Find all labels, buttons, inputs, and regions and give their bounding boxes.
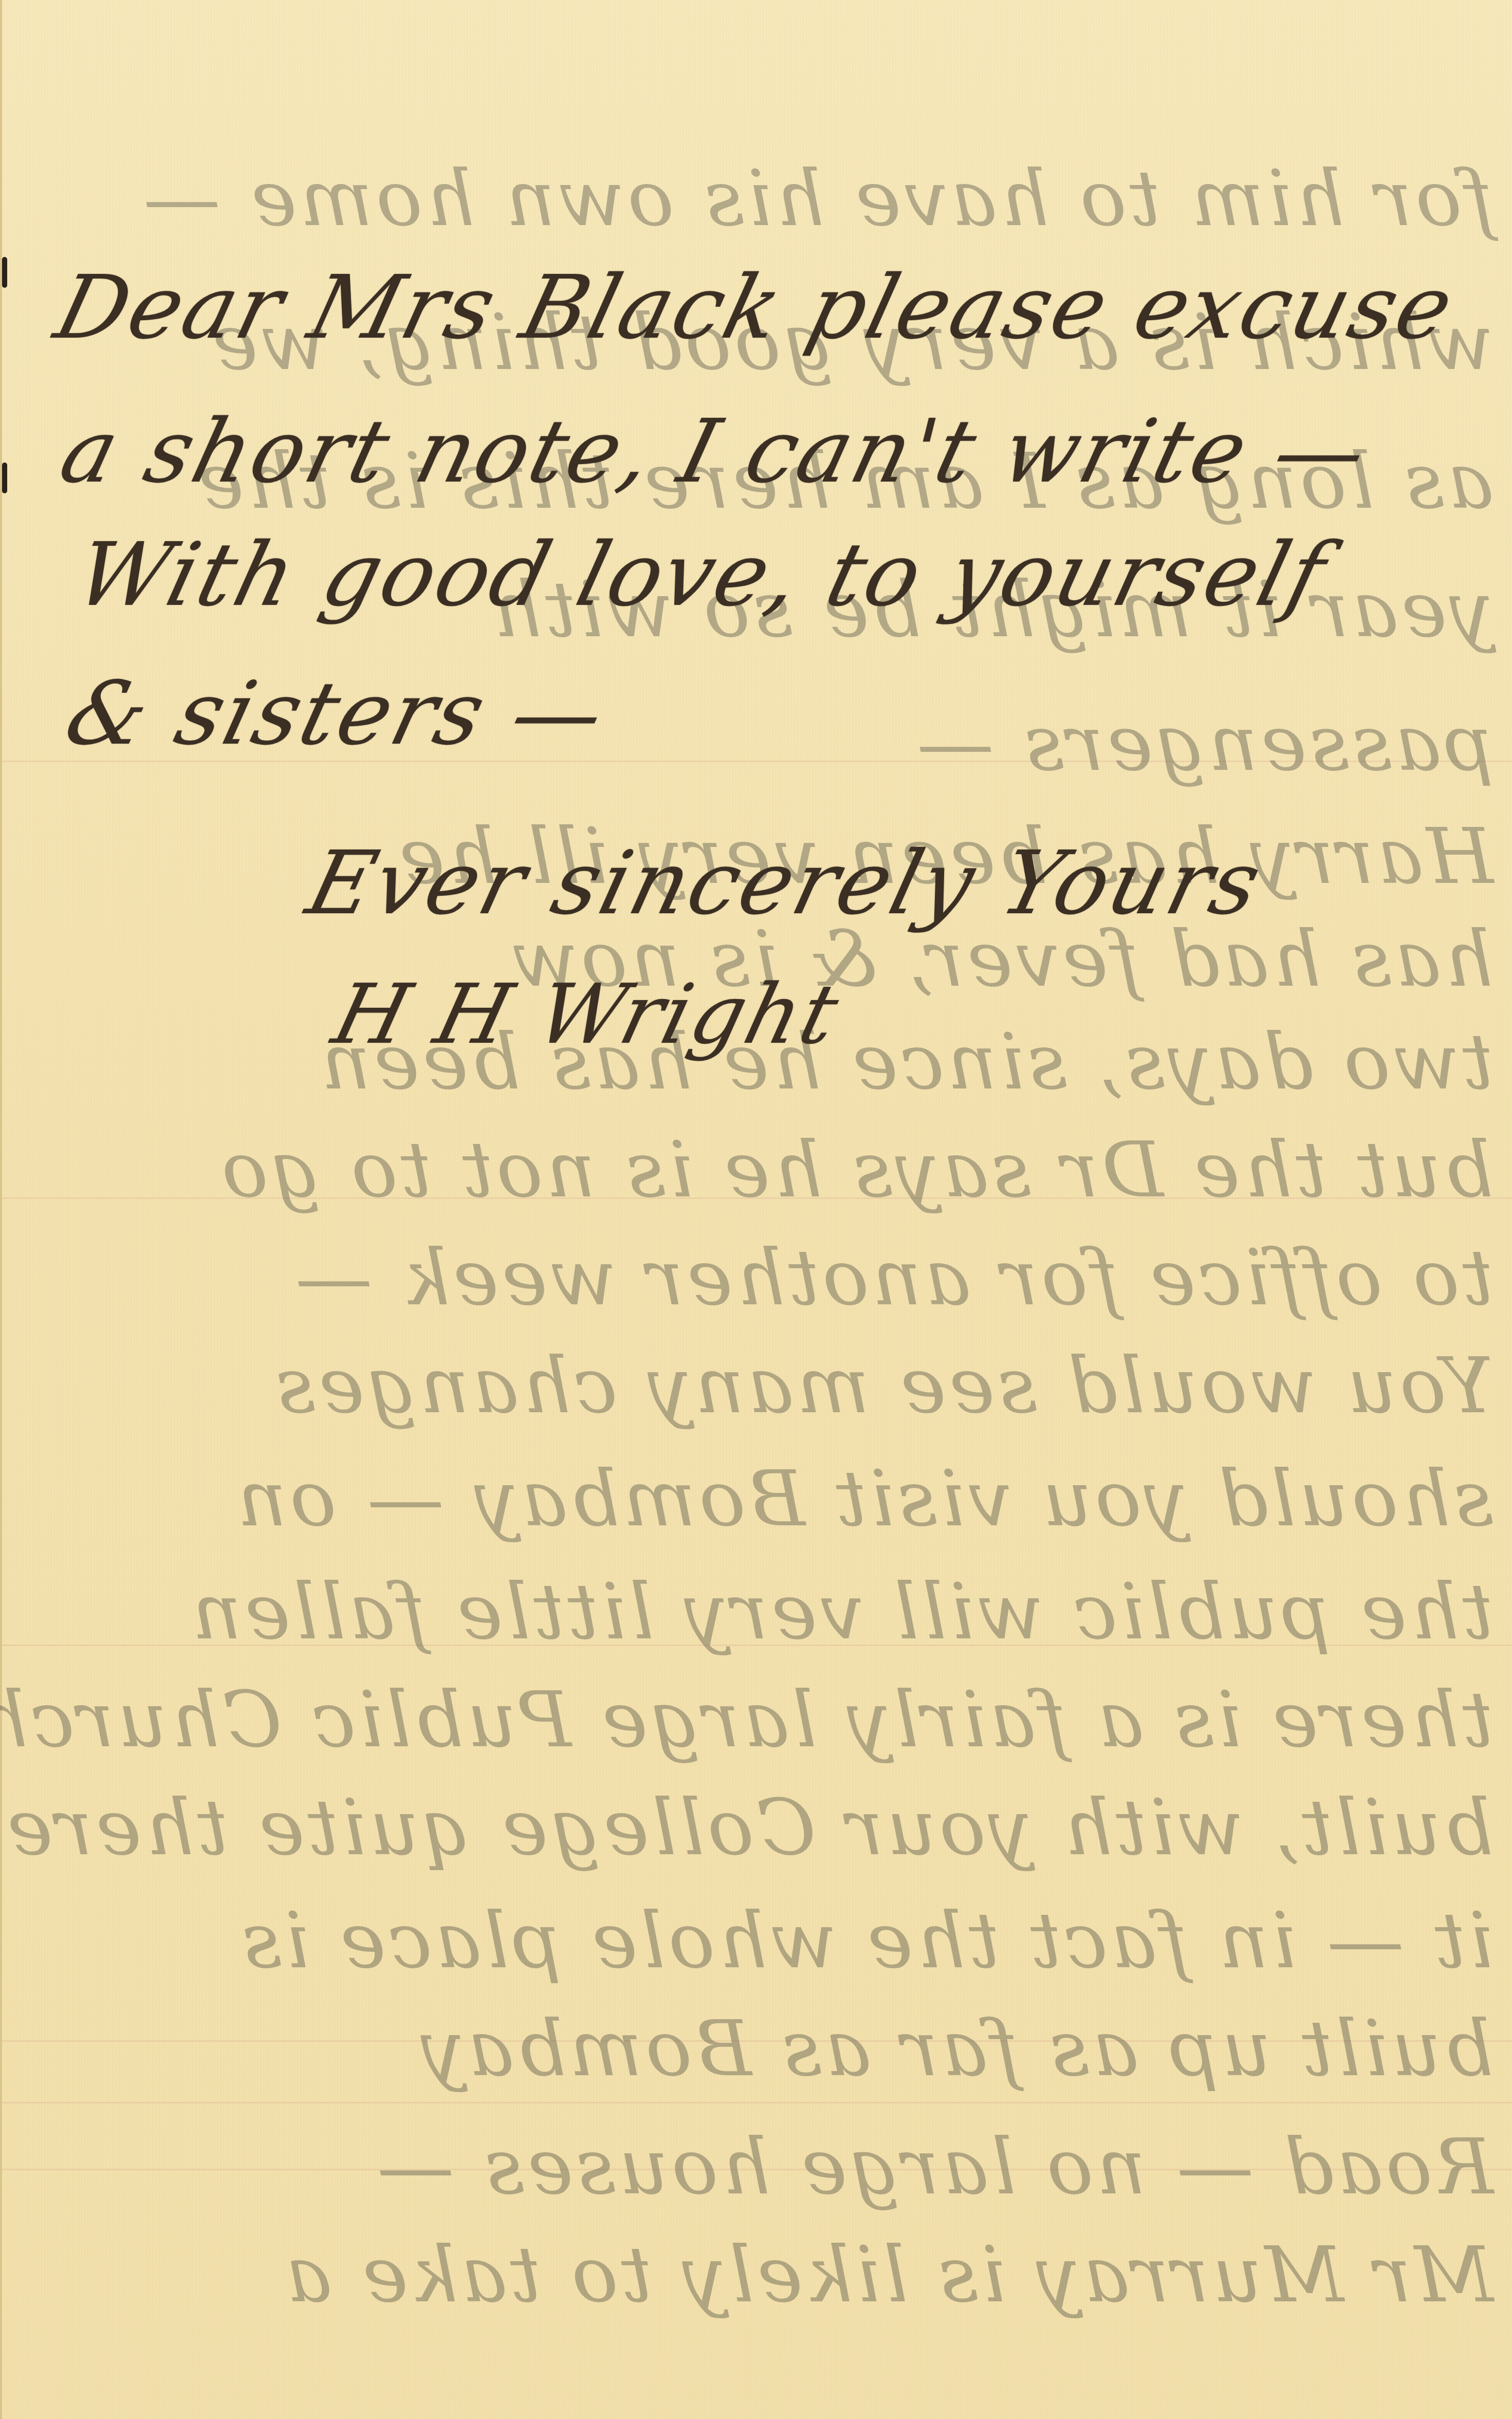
bleed-through-line: to office for another week — <box>33 1233 1493 1323</box>
bleed-through-line: the public will very little fallen <box>33 1567 1493 1657</box>
bleed-through-line: should you visit Bombay — on <box>33 1454 1493 1544</box>
bleed-through-line: but the Dr says he is not to go <box>33 1125 1493 1215</box>
letter-closing: Ever sincerely Yours <box>298 833 1272 934</box>
letter-page: for him to have his own home — which is … <box>0 0 1512 2419</box>
bleed-through-line: built, with your College quite there <box>33 1783 1493 1873</box>
bleed-through-line: Road — no large houses — <box>33 2122 1493 2212</box>
ruled-line <box>2 2102 1512 2103</box>
letter-line: a short note, I can't write — <box>51 401 1378 503</box>
binding-mark <box>2 257 7 288</box>
bleed-through-line: built up as far as Bombay <box>33 2004 1493 2094</box>
signature: H H Wright <box>324 966 850 1062</box>
bleed-through-line: Mr Murray is likely to take a <box>33 2230 1493 2320</box>
bleed-through-line: it — in fact the whole place is <box>33 1896 1493 1986</box>
letter-line: & sisters — <box>56 663 616 765</box>
letter-line-salutation: Dear Mrs Black please excuse <box>46 257 1465 359</box>
letter-line: With good love, to yourself <box>66 524 1337 626</box>
bleed-through-line: there is a fairly large Public Church <box>33 1675 1493 1765</box>
bleed-through-line: for him to have his own home — <box>33 154 1493 244</box>
binding-mark <box>2 463 7 493</box>
bleed-through-line: You would see many changes <box>33 1341 1493 1431</box>
